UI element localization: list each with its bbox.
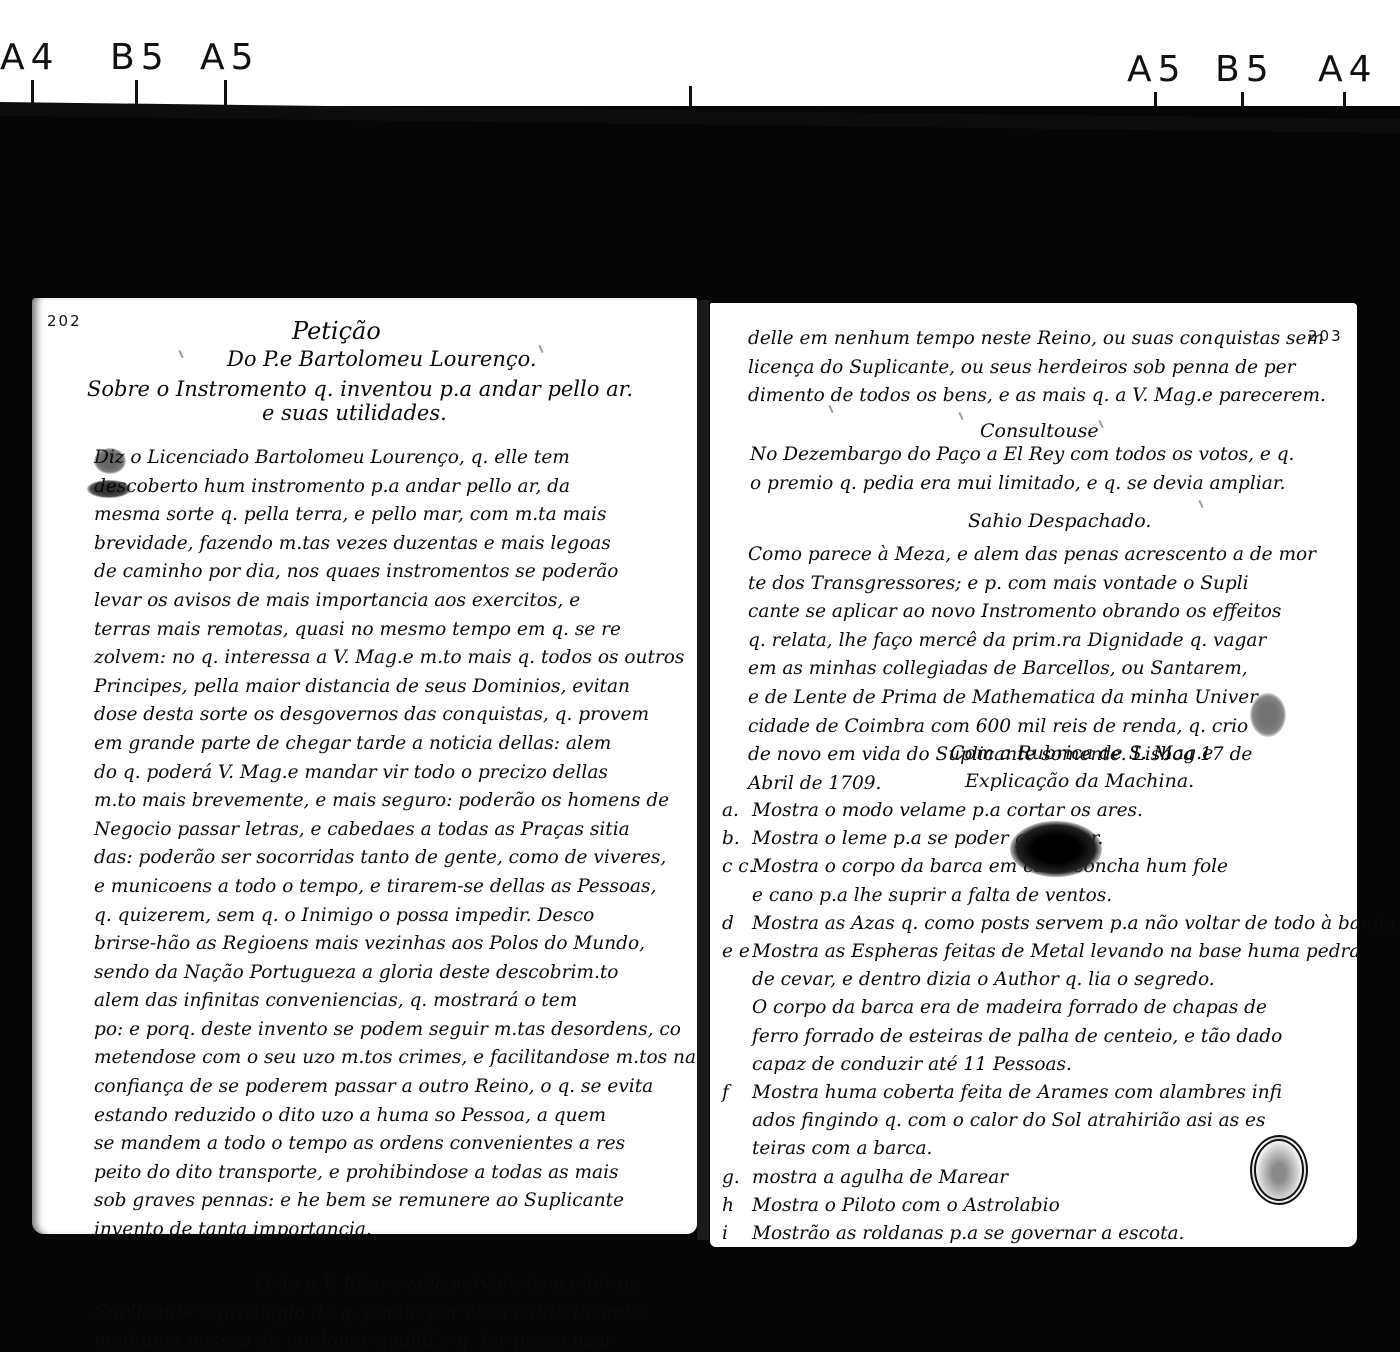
film-mark-label: A4 (1318, 52, 1378, 88)
text-line: descoberto hum instromento p.a andar pel… (94, 473, 696, 502)
text-line: terras mais remotas, quasi no mesmo temp… (94, 616, 696, 645)
text-line: delle em nenhum tempo neste Reino, ou su… (748, 325, 1326, 354)
text-line: das: poderão ser socorridas tanto de gen… (94, 844, 696, 873)
legend-key: d (722, 910, 752, 938)
legend-key: c c. (722, 853, 752, 909)
film-mark-label: A5 (200, 40, 260, 76)
text-line: de caminho por dia, nos quaes instroment… (94, 558, 696, 587)
legend-text: de cevar, e dentro dizia o Author q. lia… (752, 966, 1360, 994)
ink-blot (87, 480, 131, 498)
manuscript-page-left: 202 Petição Do P.e Bartolomeu Lourenço. … (32, 298, 697, 1234)
legend-key: e e (722, 938, 752, 1079)
dispatch-heading: Sahio Despachado. (968, 511, 1151, 532)
film-mark-label: B5 (1215, 52, 1275, 88)
manuscript-page-right: 203 delle em nenhum tempo neste Reino, o… (710, 303, 1357, 1247)
legend-text: capaz de conduzir até 11 Pessoas. (752, 1051, 1360, 1079)
text-line: Principes, pella maior distancia de seus… (94, 673, 696, 702)
petition-subtitle: Do P.e Bartolomeu Lourenço. (227, 348, 537, 371)
text-line: mesma sorte q. pella terra, e pello mar,… (94, 501, 696, 530)
text-line: licença do Suplicante, ou seus herdeiros… (748, 354, 1326, 383)
legend-text: Mostra as Azas q. como posts servem p.a … (752, 910, 1400, 938)
text-line: alem das infinitas conveniencias, q. mos… (94, 987, 696, 1016)
text-line: confiança de se poderem passar a outro R… (94, 1073, 696, 1102)
text-line: m.to mais brevemente, e mais seguro: pod… (94, 787, 696, 816)
legend-key: b. (722, 825, 752, 853)
library-seal-stamp (1250, 1135, 1308, 1205)
text-line: Como parece à Meza, e alem das penas acr… (748, 541, 1316, 570)
film-mark-tick (224, 80, 227, 107)
film-mark-label: A5 (1127, 52, 1187, 88)
petition-topic-line: e suas utilidades. (262, 402, 447, 425)
text-line: em as minhas collegiadas de Barcellos, o… (748, 655, 1316, 684)
petition-closing: Pede a V. Mag.e seja servido conceder ao… (94, 1270, 643, 1352)
text-line: invento de tanta importancia. (94, 1216, 696, 1245)
consultation-heading: Consultouse (980, 421, 1099, 442)
book-gutter (697, 300, 709, 1240)
text-line: q. quizerem, sem q. o Inimigo o possa im… (94, 902, 696, 931)
text-line: dimento de todos os bens, e as mais q. a… (748, 382, 1326, 411)
text-line: nenhuma pessoa de qualquer qualid.e q. f… (94, 1327, 643, 1352)
legend-text: Mostra huma coberta feita de Arames com … (752, 1079, 1282, 1107)
legend-text: ados fingindo q. com o calor do Sol atra… (752, 1107, 1282, 1135)
legend-key: h (722, 1192, 752, 1220)
text-line: metendose com o seu uzo m.tos crimes, e … (94, 1044, 696, 1073)
text-line: cante se aplicar ao novo Instromento obr… (748, 598, 1316, 627)
text-line: e de Lente de Prima de Mathematica da mi… (748, 684, 1316, 713)
text-line: estando reduzido o dito uzo a huma so Pe… (94, 1102, 696, 1131)
film-mark-label: B5 (110, 40, 170, 76)
text-line: sob graves pennas: e he bem se remunere … (94, 1187, 696, 1216)
film-mark-label: A4 (0, 40, 60, 76)
legend-text: O corpo da barca era de madeira forrado … (752, 994, 1360, 1022)
legend-key: f (722, 1079, 752, 1164)
text-line: e municoens a todo o tempo, e tirarem-se… (94, 873, 696, 902)
text-line: do q. poderá V. Mag.e mandar vir todo o … (94, 759, 696, 788)
legend-text: Mostra as Espheras feitas de Metal levan… (752, 938, 1360, 966)
legend-text: Mostra o modo velame p.a cortar os ares. (752, 797, 1143, 825)
legend-text: Mostra o Piloto com o Astrolabio (752, 1192, 1060, 1220)
text-line: brevidade, fazendo m.tas vezes duzentas … (94, 530, 696, 559)
legend-item: i Mostrão as roldanas p.a se governar a … (722, 1220, 1400, 1248)
royal-rubric-note: Com a Rubrica de S. Mag.e (950, 743, 1213, 764)
text-line: sendo da Nação Portugueza a gloria deste… (94, 959, 696, 988)
text-line: No Dezembargo do Paço a El Rey com todos… (750, 441, 1294, 470)
legend-key: g. (722, 1164, 752, 1192)
text-line: po: e porq. deste invento se podem segui… (94, 1016, 696, 1045)
legend-text: mostra a agulha de Marear (752, 1164, 1008, 1192)
petition-body: Diz o Licenciado Bartolomeu Lourenço, q.… (94, 444, 696, 1245)
legend-item: e e Mostra as Espheras feitas de Metal l… (722, 938, 1400, 1079)
petition-topic-line: Sobre o Instromento q. inventou p.a anda… (87, 378, 633, 401)
text-line: peito do dito transporte, e prohibindose… (94, 1159, 696, 1188)
ink-blot (1250, 693, 1286, 737)
text-line: q. relata, lhe faço mercê da prim.ra Dig… (748, 627, 1316, 656)
legend-text: Mostra o corpo da barca em cada concha h… (752, 853, 1228, 881)
text-line: brirse-hão as Regioens mais vezinhas aos… (94, 930, 696, 959)
text-line: cidade de Coimbra com 600 mil reis de re… (748, 713, 1316, 742)
text-line: Pede a V. Mag.e seja servido conceder ao (94, 1270, 643, 1299)
text-line: zolvem: no q. interessa a V. Mag.e m.to … (94, 644, 696, 673)
legend-key: i (722, 1220, 752, 1248)
text-line: te dos Transgressores; e p. com mais von… (748, 570, 1316, 599)
text-line: se mandem a todo o tempo as ordens conve… (94, 1130, 696, 1159)
legend-text: Mostrão as roldanas p.a se governar a es… (752, 1220, 1184, 1248)
text-line: Suplicante o privilegio de q. pondo por … (94, 1299, 643, 1328)
legend-text: teiras com a barca. (752, 1135, 1282, 1163)
petition-title: Petição (292, 318, 381, 344)
text-line: levar os avisos de mais importancia aos … (94, 587, 696, 616)
legend-text: ferro forrado de esteiras de palha de ce… (752, 1023, 1360, 1051)
legend-item: d Mostra as Azas q. como posts servem p.… (722, 910, 1400, 938)
ink-blot (94, 448, 126, 474)
petition-continuation: delle em nenhum tempo neste Reino, ou su… (748, 325, 1326, 411)
text-line: dose desta sorte os desgovernos das conq… (94, 701, 696, 730)
text-line: em grande parte de chegar tarde a notici… (94, 730, 696, 759)
ink-blot (1010, 821, 1102, 877)
legend-text: e cano p.a lhe suprir a falta de ventos. (752, 882, 1228, 910)
machine-explanation-heading: Explicação da Machina. (965, 771, 1194, 792)
text-line: o premio q. pedia era mui limitado, e q.… (750, 470, 1294, 499)
text-line: Diz o Licenciado Bartolomeu Lourenço, q.… (94, 444, 696, 473)
legend-key: a. (722, 797, 752, 825)
page-number: 202 (47, 312, 82, 330)
text-line: Negocio passar letras, e cabedaes a toda… (94, 816, 696, 845)
film-reference-strip: A4 B5 A5 A5 B5 A4 (0, 0, 1400, 110)
consultation-text: No Dezembargo do Paço a El Rey com todos… (750, 441, 1294, 498)
